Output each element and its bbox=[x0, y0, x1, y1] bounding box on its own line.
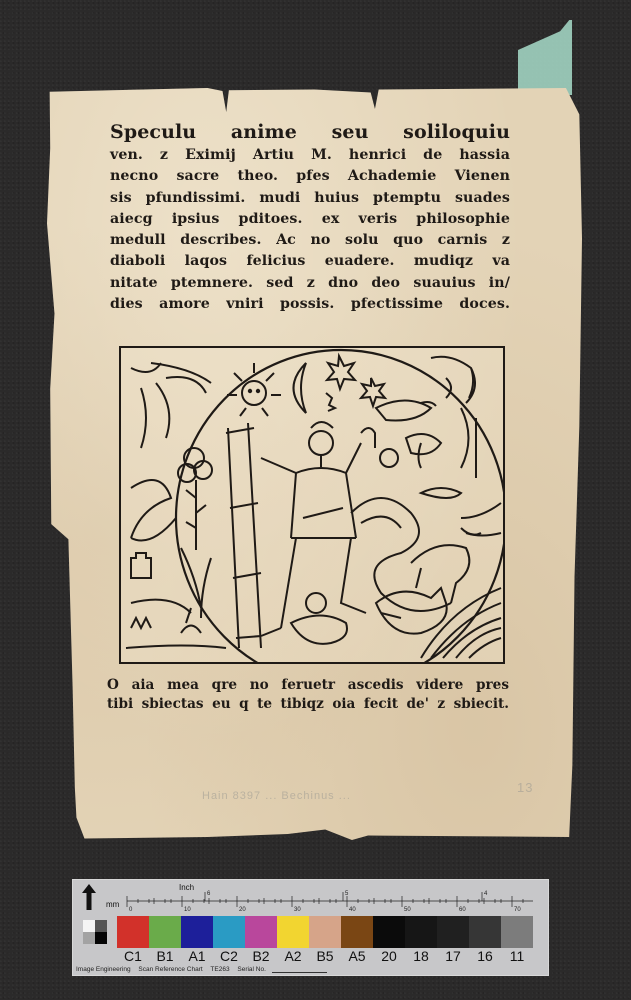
patch-label: A1 bbox=[181, 948, 213, 964]
serial-blank-line bbox=[272, 972, 327, 973]
manuscript-page: Speculu anime seu soliloquiu ven. z Exim… bbox=[47, 88, 582, 840]
color-patch-c2 bbox=[213, 916, 245, 948]
patch-label: B5 bbox=[309, 948, 341, 964]
svg-text:30: 30 bbox=[294, 907, 301, 912]
caption-line: tibi sbiectas eu q te tibiqz oia fecit d… bbox=[107, 695, 509, 714]
caption-text: O aia mea qre no feruetr ascedis videre … bbox=[107, 676, 509, 714]
text-line: ven. z Eximij Artiu M. henrici de hassia bbox=[110, 145, 510, 166]
gray-patch-17 bbox=[437, 916, 469, 948]
scan-reference-chart: mm Inch 0 10 20 30 40 50 60 bbox=[72, 879, 549, 976]
color-patch-a1 bbox=[181, 916, 213, 948]
woodcut-drawing bbox=[121, 348, 503, 662]
gray-patch-16 bbox=[469, 916, 501, 948]
woodcut-illustration bbox=[119, 346, 505, 664]
patch-label: 17 bbox=[437, 948, 469, 964]
svg-text:4: 4 bbox=[484, 891, 488, 897]
text-line: nitate ptemnere. sed z dno deo suauius i… bbox=[110, 273, 510, 294]
svg-text:70: 70 bbox=[514, 907, 521, 912]
svg-text:40: 40 bbox=[349, 907, 356, 912]
patch-label: 11 bbox=[501, 948, 533, 964]
patch-label: 18 bbox=[405, 948, 437, 964]
color-patch-b1 bbox=[149, 916, 181, 948]
svg-text:5: 5 bbox=[345, 891, 349, 897]
svg-text:60: 60 bbox=[459, 907, 466, 912]
up-arrow-icon bbox=[82, 884, 96, 910]
color-patches bbox=[117, 916, 533, 948]
ruler: 0 10 20 30 40 50 60 70 6 5 4 bbox=[125, 890, 535, 912]
gray-reference-square bbox=[83, 920, 107, 944]
gray-patch-11 bbox=[501, 916, 533, 948]
text-line: diaboli laqos felicius euadere. mudiqz v… bbox=[110, 251, 510, 272]
mm-unit-label: mm bbox=[106, 900, 119, 909]
caption-line: O aia mea qre no feruetr ascedis videre … bbox=[107, 676, 509, 695]
chart-footer: Image Engineering Scan Reference Chart T… bbox=[76, 966, 333, 973]
printed-text-block: Speculu anime seu soliloquiu ven. z Exim… bbox=[110, 120, 510, 315]
gray-patch-18 bbox=[405, 916, 437, 948]
svg-text:50: 50 bbox=[404, 907, 411, 912]
patch-labels: C1 B1 A1 C2 B2 A2 B5 A5 20 18 17 16 11 bbox=[117, 948, 533, 964]
text-line: dies amore vniri possis. pfectissime doc… bbox=[110, 294, 510, 315]
svg-text:10: 10 bbox=[184, 907, 191, 912]
patch-label: C2 bbox=[213, 948, 245, 964]
text-line: aiecg ipsius pditoes. ex veris philosoph… bbox=[110, 209, 510, 230]
color-patch-c1 bbox=[117, 916, 149, 948]
title-line: Speculu anime seu soliloquiu bbox=[110, 120, 510, 145]
serial-label: Serial No. bbox=[237, 966, 266, 973]
patch-label: A5 bbox=[341, 948, 373, 964]
patch-label: B1 bbox=[149, 948, 181, 964]
svg-text:0: 0 bbox=[129, 907, 133, 912]
text-line: necno sacre theo. pfes Achademie Vienen bbox=[110, 166, 510, 187]
chart-maker: Image Engineering bbox=[76, 966, 131, 973]
gray-patch-20 bbox=[373, 916, 405, 948]
text-line: sis pfundissimi. mudi huius ptemptu suad… bbox=[110, 188, 510, 209]
patch-label: 16 bbox=[469, 948, 501, 964]
patch-label: 20 bbox=[373, 948, 405, 964]
pencil-folio-number: 13 bbox=[517, 780, 533, 795]
chart-model: TE263 bbox=[210, 966, 229, 973]
patch-label: C1 bbox=[117, 948, 149, 964]
chart-name: Scan Reference Chart bbox=[138, 966, 202, 973]
color-patch-b2 bbox=[245, 916, 277, 948]
color-patch-a2 bbox=[277, 916, 309, 948]
adhesive-tape bbox=[518, 20, 572, 95]
patch-label: A2 bbox=[277, 948, 309, 964]
color-patch-b5 bbox=[309, 916, 341, 948]
pencil-annotation: Hain 8397 ... Bechinus ... bbox=[202, 790, 351, 802]
color-patch-a5 bbox=[341, 916, 373, 948]
svg-text:6: 6 bbox=[207, 891, 211, 897]
svg-text:20: 20 bbox=[239, 907, 246, 912]
patch-label: B2 bbox=[245, 948, 277, 964]
text-line: medull describes. Ac no solu quo carnis … bbox=[110, 230, 510, 251]
